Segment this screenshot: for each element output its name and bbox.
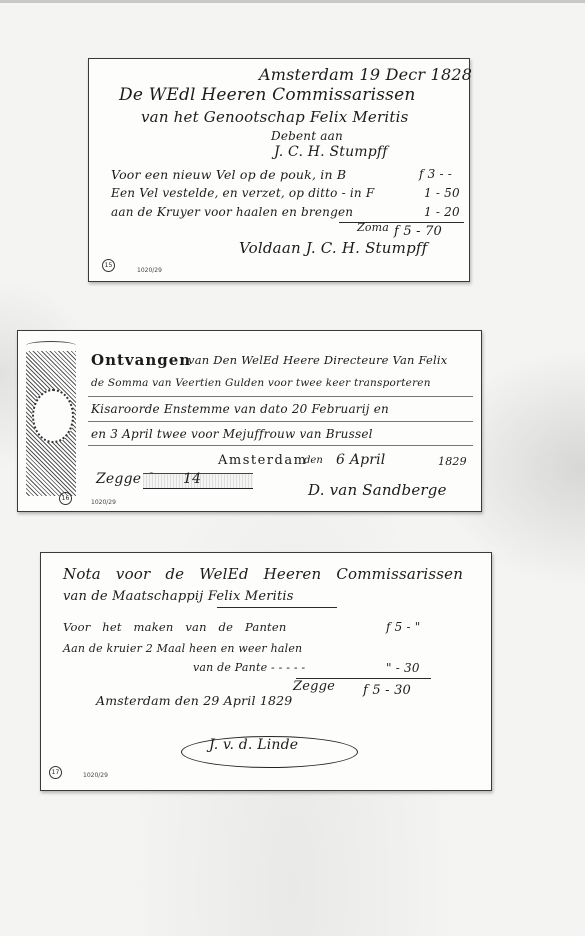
heading-line-1: Nota voor de WelEd Heeren Commissarissen (63, 565, 463, 583)
name-underline (217, 607, 337, 608)
place-date: Amsterdam den 29 April 1829 (96, 693, 292, 708)
printed-den: den (304, 455, 323, 466)
receipt-sandberge: 16 1020/29 Ontvangen van Den WelEd Heere… (17, 330, 482, 512)
item-3-description: aan de Kruyer voor haalen en brengen (111, 205, 353, 219)
addressee-line-2: van het Genootschap Felix Meritis (141, 108, 408, 126)
text-line-3: Kisaroorde Enstemme van dato 20 Februari… (91, 402, 389, 416)
engraved-border-ornament (26, 351, 76, 496)
folio-number: 16 (59, 492, 72, 505)
writing-rule (88, 445, 473, 446)
receipt-nota-panten: Nota voor de WelEd Heeren Commissarissen… (40, 552, 492, 791)
printed-place-amsterdam: Amsterdam (218, 453, 307, 468)
writing-rule (88, 396, 473, 397)
ornament-oval (32, 389, 74, 443)
writing-rule (88, 421, 473, 422)
item-1-description: Voor het maken van de Panten (63, 620, 287, 634)
total-amount: f 5 - 70 (394, 224, 442, 239)
signature: J. v. d. Linde (209, 737, 298, 753)
item-1-description: Voor een nieuw Vel op de pouk, in B (111, 167, 346, 182)
item-3-amount: " - 30 (386, 661, 420, 675)
item-1-amount: f 3 - - (419, 167, 452, 181)
item-3-description: van de Pante - - - - - (193, 661, 305, 674)
archive-reference: 1020/29 (91, 499, 116, 506)
item-2-description: Aan de kruier 2 Maal heen en weer halen (63, 642, 302, 655)
item-2-description: Een Vel vestelde, en verzet, op ditto - … (111, 186, 374, 200)
folio-number: 15 (102, 259, 115, 272)
item-3-amount: 1 - 20 (424, 205, 460, 219)
archive-reference: 1020/29 (137, 267, 162, 274)
closing-signature: Voldaan J. C. H. Stumpff (239, 239, 427, 257)
year: 1829 (438, 455, 467, 468)
receipt-stumpff: Amsterdam 19 Decr 1828 De WEdl Heeren Co… (88, 58, 470, 282)
debent-aan: Debent aan (271, 129, 343, 143)
archive-reference: 1020/29 (83, 772, 108, 779)
text-line-4: en 3 April twee voor Mejuffrouw van Brus… (91, 427, 373, 441)
folio-number: 17 (49, 766, 62, 779)
creditor-name: J. C. H. Stumpff (274, 144, 388, 160)
page-top-edge (0, 0, 585, 3)
zegge-amount: 14 (183, 471, 201, 487)
zegge-amount: f 5 - 30 (363, 683, 411, 698)
date-handwritten: 6 April (336, 452, 385, 468)
addressee-line-1: De WEdl Heeren Commissarissen (119, 85, 416, 105)
heading-line-2: van de Maatschappij Felix Meritis (63, 589, 294, 604)
place-date: Amsterdam 19 Decr 1828 (259, 65, 472, 84)
item-1-amount: f 5 - " (386, 620, 421, 634)
signature: D. van Sandberge (308, 481, 447, 499)
zegge-label: Zegge (293, 679, 335, 694)
total-label: Zoma (357, 221, 389, 234)
item-2-amount: 1 - 50 (424, 186, 460, 200)
border-ornament-top (26, 341, 76, 350)
text-line-1: van Den WelEd Heere Directeure Van Felix (188, 353, 447, 367)
printed-heading-ontvangen: Ontvangen (91, 351, 191, 369)
text-line-2: de Somma van Veertien Gulden voor twee k… (91, 377, 431, 389)
